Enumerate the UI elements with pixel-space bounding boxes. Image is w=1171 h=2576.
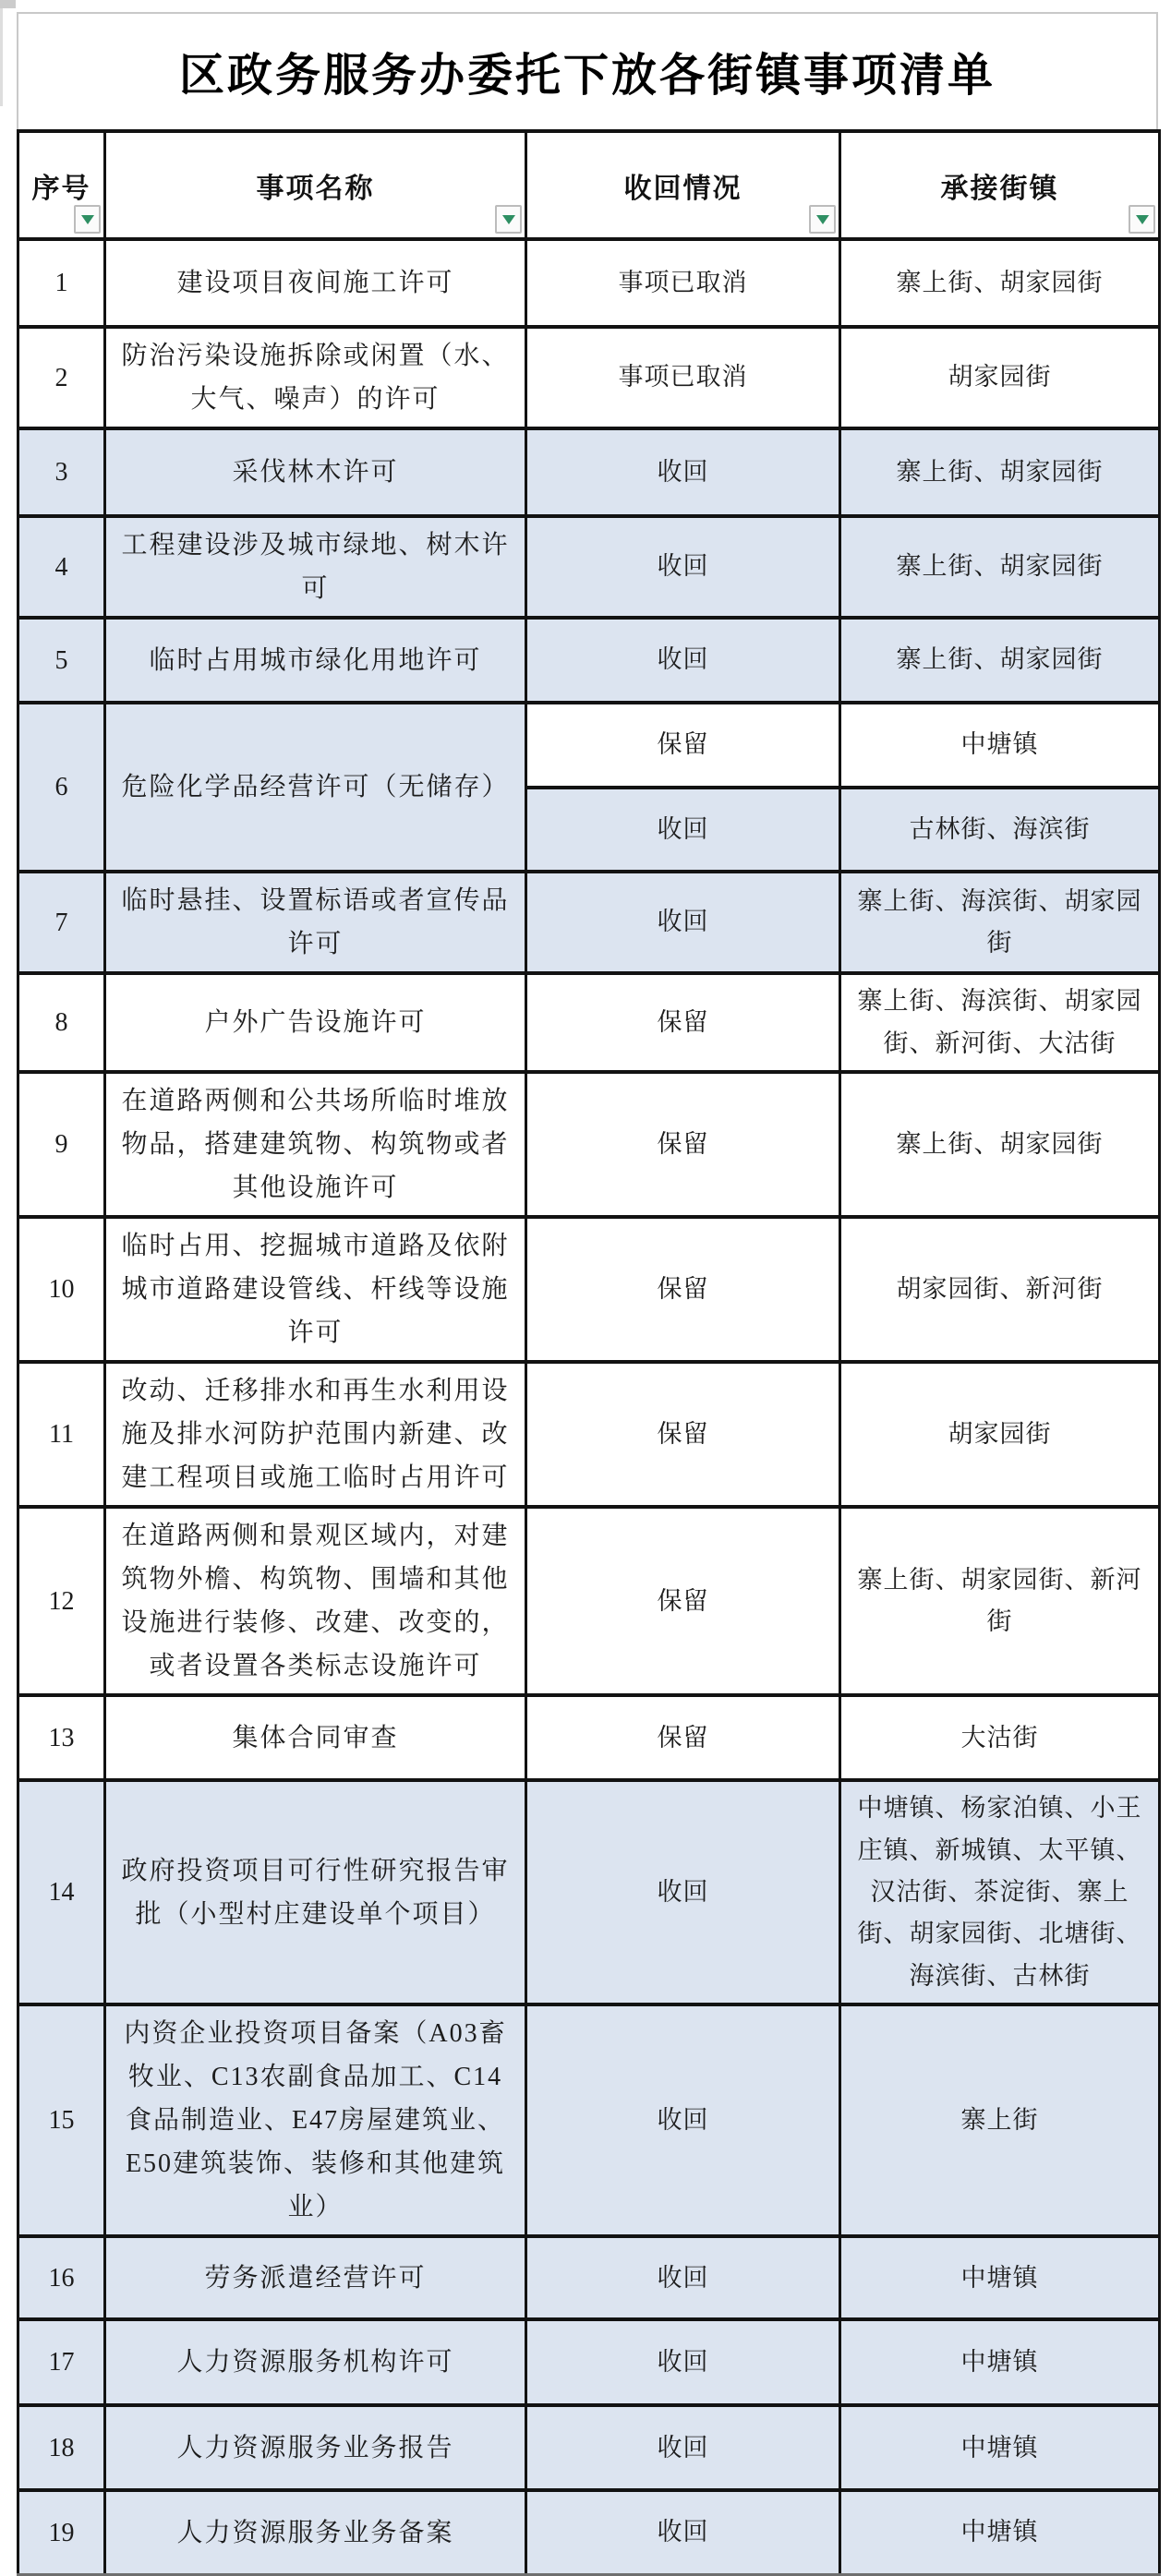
cell-town: 胡家园街: [840, 1362, 1160, 1507]
cell-item: 内资企业投资项目备案（A03畜牧业、C13农副食品加工、C14食品制造业、E47…: [105, 2004, 526, 2236]
spreadsheet-page: 区政务服务办委托下放各街镇事项清单 序号 事项名称 收回情况: [0, 0, 1171, 2576]
filter-button-no[interactable]: [74, 205, 101, 234]
cell-status: 收回: [526, 516, 840, 618]
cell-no: 15: [18, 2004, 105, 2236]
cell-item: 人力资源服务机构许可: [105, 2319, 526, 2405]
cell-town: 寨上街、胡家园街、新河街: [840, 1507, 1160, 1695]
cell-status: 收回: [526, 2490, 840, 2574]
cell-status: 收回: [526, 2236, 840, 2319]
cell-no: 2: [18, 327, 105, 428]
cell-status: 保留: [526, 1362, 840, 1507]
filter-button-status[interactable]: [809, 205, 836, 234]
cell-town: 寨上街、胡家园街: [840, 239, 1160, 327]
cell-item: 防治污染设施拆除或闲置（水、大气、噪声）的许可: [105, 327, 526, 428]
cell-no: 14: [18, 1780, 105, 2004]
cell-status: 保留: [526, 1072, 840, 1217]
cell-town: 大沽街: [840, 1695, 1160, 1780]
column-header-item-label: 事项名称: [257, 174, 375, 204]
cell-town: 中塘镇: [840, 2319, 1160, 2405]
cell-no: 9: [18, 1072, 105, 1217]
cell-no: 10: [18, 1217, 105, 1362]
cell-town: 寨上街、海滨街、胡家园街、新河街、大沽街: [840, 973, 1160, 1072]
filter-button-item[interactable]: [495, 205, 522, 234]
column-header-status: 收回情况: [526, 131, 840, 239]
cell-item: 劳务派遣经营许可: [105, 2236, 526, 2319]
column-header-town-label: 承接街镇: [941, 174, 1059, 204]
table-row: 6 危险化学品经营许可（无储存） 保留 中塘镇: [18, 703, 1160, 788]
cell-town: 寨上街: [840, 2004, 1160, 2236]
cell-town: 中塘镇: [840, 703, 1160, 788]
cell-no: 12: [18, 1507, 105, 1695]
cell-item: 临时占用城市绿化用地许可: [105, 618, 526, 703]
table-row: 14 政府投资项目可行性研究报告审批（小型村庄建设单个项目） 收回 中塘镇、杨家…: [18, 1780, 1160, 2004]
table-row: 18 人力资源服务业务报告 收回 中塘镇: [18, 2405, 1160, 2490]
screenshot-corner-artifact: [0, 0, 16, 8]
column-header-item: 事项名称: [105, 131, 526, 239]
cell-status: 事项已取消: [526, 239, 840, 327]
column-header-no-label: 序号: [32, 174, 91, 204]
filter-button-town[interactable]: [1129, 205, 1155, 234]
filter-arrow-icon: [81, 215, 94, 224]
cell-item: 人力资源服务业务备案: [105, 2490, 526, 2574]
table-row: 2 防治污染设施拆除或闲置（水、大气、噪声）的许可 事项已取消 胡家园街: [18, 327, 1160, 428]
cell-town: 中塘镇: [840, 2490, 1160, 2574]
cell-status: 保留: [526, 973, 840, 1072]
table-row: 16 劳务派遣经营许可 收回 中塘镇: [18, 2236, 1160, 2319]
cell-status: 收回: [526, 2004, 840, 2236]
table-row: 11 改动、迁移排水和再生水利用设施及排水河防护范围内新建、改建工程项目或施工临…: [18, 1362, 1160, 1507]
cell-town: 中塘镇、杨家泊镇、小王庄镇、新城镇、太平镇、汉沽街、茶淀街、寨上街、胡家园街、北…: [840, 1780, 1160, 2004]
column-header-town: 承接街镇: [840, 131, 1160, 239]
cell-no: 4: [18, 516, 105, 618]
cell-status: 保留: [526, 1217, 840, 1362]
cell-town: 寨上街、胡家园街: [840, 618, 1160, 703]
header-row: 序号 事项名称 收回情况 承接街镇: [18, 131, 1160, 239]
cell-status: 收回: [526, 1780, 840, 2004]
table-row: 10 临时占用、挖掘城市道路及依附城市道路建设管线、杆线等设施许可 保留 胡家园…: [18, 1217, 1160, 1362]
cell-town: 寨上街、海滨街、胡家园街: [840, 872, 1160, 973]
cell-status: 收回: [526, 2405, 840, 2490]
page-title: 区政务服务办委托下放各街镇事项清单: [17, 12, 1158, 129]
cell-town: 寨上街、胡家园街: [840, 428, 1160, 516]
delegation-items-table: 序号 事项名称 收回情况 承接街镇 1 建设项: [17, 129, 1161, 2576]
cell-no: 8: [18, 973, 105, 1072]
cell-status: 事项已取消: [526, 327, 840, 428]
table-row: 19 人力资源服务业务备案 收回 中塘镇: [18, 2490, 1160, 2574]
cell-item: 集体合同审查: [105, 1695, 526, 1780]
screenshot-edge-artifact: [0, 8, 3, 106]
cell-item: 工程建设涉及城市绿地、树木许可: [105, 516, 526, 618]
cell-item: 在道路两侧和公共场所临时堆放物品，搭建建筑物、构筑物或者其他设施许可: [105, 1072, 526, 1217]
cell-no: 1: [18, 239, 105, 327]
cell-status: 保留: [526, 1507, 840, 1695]
cell-town: 胡家园街: [840, 327, 1160, 428]
cell-item: 改动、迁移排水和再生水利用设施及排水河防护范围内新建、改建工程项目或施工临时占用…: [105, 1362, 526, 1507]
cell-item: 临时占用、挖掘城市道路及依附城市道路建设管线、杆线等设施许可: [105, 1217, 526, 1362]
cell-town: 古林街、海滨街: [840, 788, 1160, 872]
cell-town: 中塘镇: [840, 2236, 1160, 2319]
table-row: 17 人力资源服务机构许可 收回 中塘镇: [18, 2319, 1160, 2405]
filter-arrow-icon: [1136, 215, 1149, 224]
cell-no: 18: [18, 2405, 105, 2490]
table-row: 1 建设项目夜间施工许可 事项已取消 寨上街、胡家园街: [18, 239, 1160, 327]
cell-item: 在道路两侧和景观区域内，对建筑物外檐、构筑物、围墙和其他设施进行装修、改建、改变…: [105, 1507, 526, 1695]
cell-status: 收回: [526, 2319, 840, 2405]
cell-status: 保留: [526, 703, 840, 788]
cell-town: 寨上街、胡家园街: [840, 1072, 1160, 1217]
column-header-no: 序号: [18, 131, 105, 239]
cell-item: 户外广告设施许可: [105, 973, 526, 1072]
table-row: 7 临时悬挂、设置标语或者宣传品许可 收回 寨上街、海滨街、胡家园街: [18, 872, 1160, 973]
cell-item: 政府投资项目可行性研究报告审批（小型村庄建设单个项目）: [105, 1780, 526, 2004]
column-header-status-label: 收回情况: [624, 174, 742, 204]
cell-status: 收回: [526, 428, 840, 516]
cell-no: 19: [18, 2490, 105, 2574]
cell-status: 保留: [526, 1695, 840, 1780]
cell-no: 7: [18, 872, 105, 973]
table-row: 5 临时占用城市绿化用地许可 收回 寨上街、胡家园街: [18, 618, 1160, 703]
cell-item: 建设项目夜间施工许可: [105, 239, 526, 327]
cell-town: 胡家园街、新河街: [840, 1217, 1160, 1362]
cell-item: 临时悬挂、设置标语或者宣传品许可: [105, 872, 526, 973]
cell-no: 11: [18, 1362, 105, 1507]
table-row: 4 工程建设涉及城市绿地、树木许可 收回 寨上街、胡家园街: [18, 516, 1160, 618]
cell-status: 收回: [526, 618, 840, 703]
cell-town: 寨上街、胡家园街: [840, 516, 1160, 618]
cell-no: 6: [18, 703, 105, 872]
table-row: 8 户外广告设施许可 保留 寨上街、海滨街、胡家园街、新河街、大沽街: [18, 973, 1160, 1072]
cell-status: 收回: [526, 872, 840, 973]
cell-status: 收回: [526, 788, 840, 872]
filter-arrow-icon: [816, 215, 829, 224]
cell-no: 17: [18, 2319, 105, 2405]
table-row: 9 在道路两侧和公共场所临时堆放物品，搭建建筑物、构筑物或者其他设施许可 保留 …: [18, 1072, 1160, 1217]
cell-no: 5: [18, 618, 105, 703]
table-row: 12 在道路两侧和景观区域内，对建筑物外檐、构筑物、围墙和其他设施进行装修、改建…: [18, 1507, 1160, 1695]
cell-item: 采伐林木许可: [105, 428, 526, 516]
cell-town: 中塘镇: [840, 2405, 1160, 2490]
table-row: 13 集体合同审查 保留 大沽街: [18, 1695, 1160, 1780]
cell-item: 人力资源服务业务报告: [105, 2405, 526, 2490]
cell-item: 危险化学品经营许可（无储存）: [105, 703, 526, 872]
cell-no: 16: [18, 2236, 105, 2319]
table-row: 3 采伐林木许可 收回 寨上街、胡家园街: [18, 428, 1160, 516]
table-row: 15 内资企业投资项目备案（A03畜牧业、C13农副食品加工、C14食品制造业、…: [18, 2004, 1160, 2236]
filter-arrow-icon: [502, 215, 515, 224]
cell-no: 3: [18, 428, 105, 516]
cell-no: 13: [18, 1695, 105, 1780]
